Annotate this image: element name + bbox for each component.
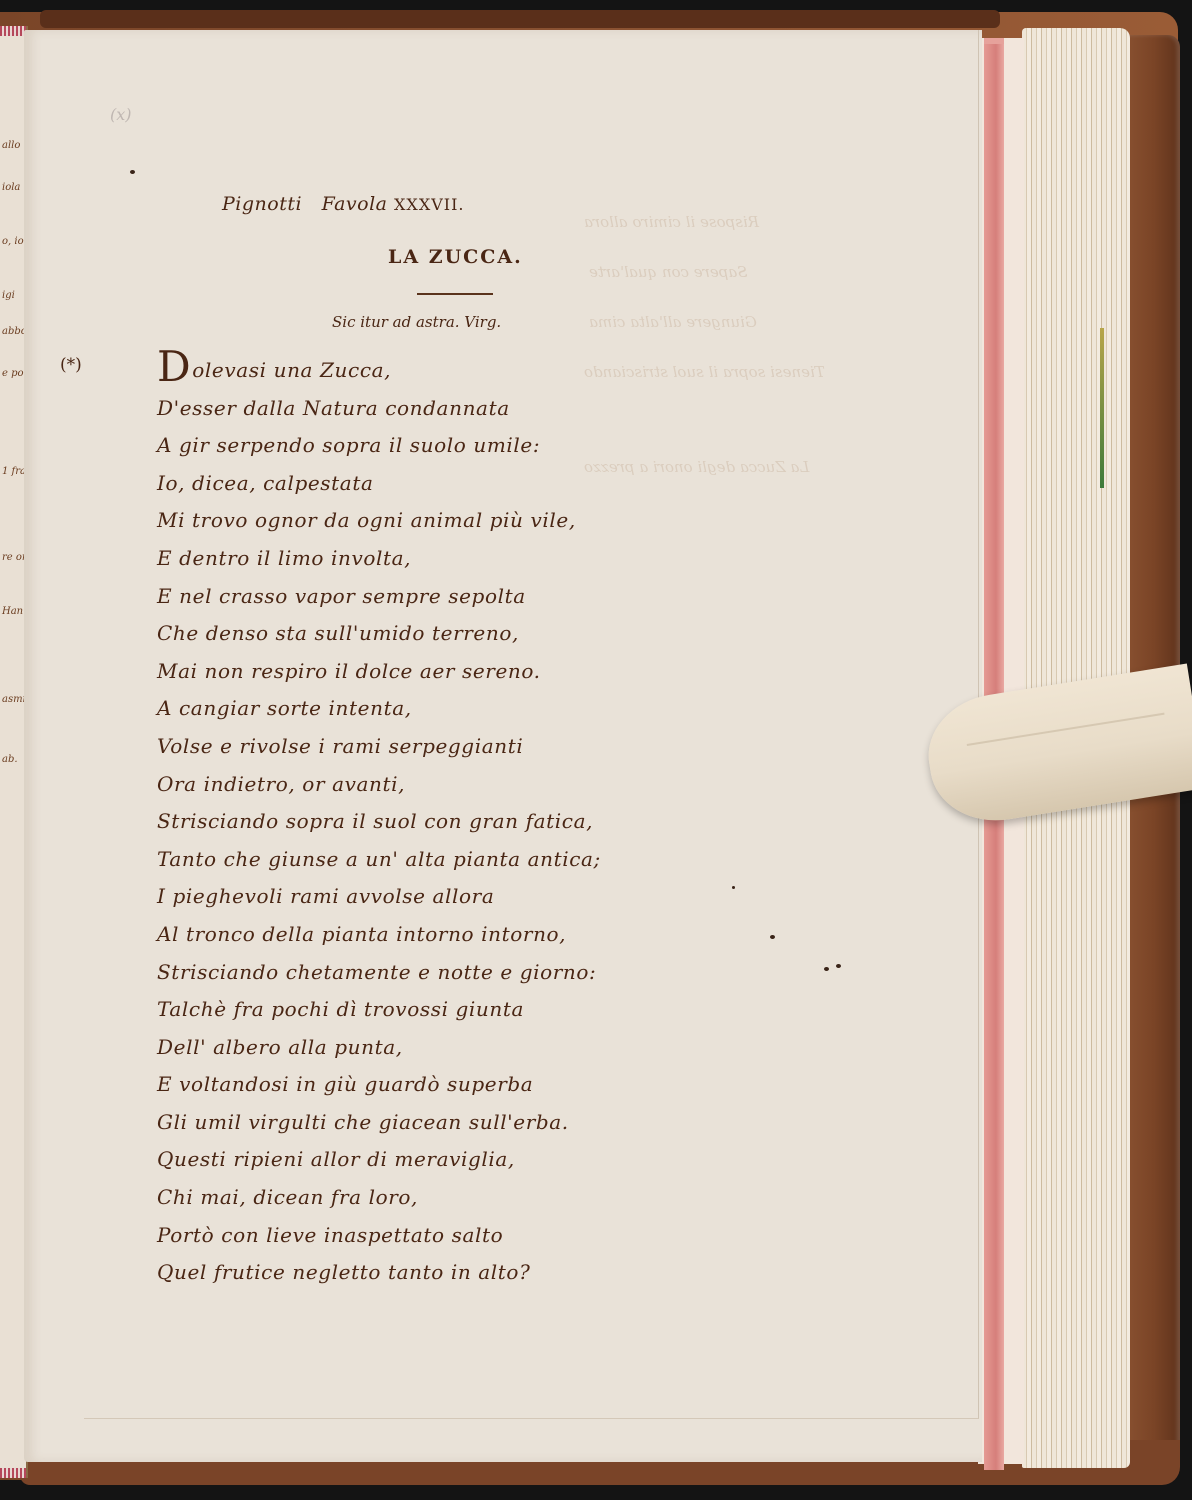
poem-line: I pieghevoli rami avvolse allora	[157, 878, 601, 916]
ink-spot	[130, 170, 135, 174]
poem-line: E dentro il limo involta,	[157, 540, 601, 578]
ribbon-marker	[1100, 328, 1104, 488]
facing-page-word: iola	[2, 182, 20, 193]
facing-page-word: asmi	[2, 694, 26, 705]
footnote-marker: (*)	[60, 355, 82, 375]
poem-line: Gli umil virgulti che giacean sull'erba.	[157, 1104, 601, 1142]
ink-spot	[836, 964, 841, 968]
poem-line: Mai non respiro il dolce aer sereno.	[157, 653, 601, 691]
fable-header: Pignotti Favola XXXVII.	[222, 193, 464, 215]
poem-line: E voltandosi in giù guardò superba	[157, 1066, 601, 1104]
poem-line: Strisciando sopra il suol con gran fatic…	[157, 803, 601, 841]
poem-line: Che denso sta sull'umido terreno,	[157, 615, 601, 653]
show-through-text: Sapere con qual'arte	[589, 263, 748, 281]
ink-spot	[770, 935, 775, 939]
poem-line: Questi ripieni allor di meraviglia,	[157, 1141, 601, 1179]
series-label: Favola	[322, 193, 388, 215]
poem-line: Dolevasi una Zucca,	[157, 352, 601, 390]
facing-page-word: ab.	[2, 754, 18, 765]
poem-body: Dolevasi una Zucca, D'esser dalla Natura…	[157, 352, 601, 1292]
ink-spot	[732, 886, 735, 889]
cover-top-edge	[40, 10, 1000, 28]
facing-page-word: igi	[2, 290, 15, 301]
show-through-text: Rispose il cimiro allora	[584, 213, 759, 231]
book-photograph: allo iola o, ion igi abbo e pon 1 fra re…	[0, 0, 1192, 1500]
headband-bottom	[0, 1468, 28, 1478]
poem-line: Volse e rivolse i rami serpeggianti	[157, 728, 601, 766]
show-through-text: Giungere all'alta cima	[589, 313, 757, 331]
epigraph: Sic itur ad astra. Virg.	[332, 313, 501, 331]
ink-spot	[824, 967, 829, 971]
poem-line: Mi trovo ognor da ogni animal più vile,	[157, 502, 601, 540]
pencil-mark: (x)	[110, 105, 132, 124]
poem-line: Quel frutice negletto tanto in alto?	[157, 1254, 601, 1292]
poem-line: Io, dicea, calpestata	[157, 465, 601, 503]
drop-cap: D	[157, 352, 191, 382]
poem-line: D'esser dalla Natura condannata	[157, 390, 601, 428]
poem-line: A gir serpendo sopra il suolo umile:	[157, 427, 601, 465]
poem-line-text: olevasi una Zucca,	[192, 358, 391, 382]
poem-line: Ora indietro, or avanti,	[157, 766, 601, 804]
title-underline	[417, 293, 493, 295]
show-through-text: Tienesi sopra il suol strisciando	[584, 363, 825, 381]
poem-line: Chi mai, dicean fra loro,	[157, 1179, 601, 1217]
poem-line: Portò con lieve inaspettato salto	[157, 1217, 601, 1255]
show-through-text: La Zucca degli onori a prezzo	[584, 458, 809, 476]
poem-line: Al tronco della pianta intorno intorno,	[157, 916, 601, 954]
poem-title: LA ZUCCA.	[388, 246, 523, 268]
poem-line: A cangiar sorte intenta,	[157, 690, 601, 728]
facing-page-word: 1 fra	[2, 466, 26, 477]
poem-line: Talchè fra pochi dì trovossi giunta	[157, 991, 601, 1029]
poem-line: Tanto che giunse a un' alta pianta antic…	[157, 841, 601, 879]
facing-page-word: allo	[2, 140, 20, 151]
facing-page-word: Han.	[2, 606, 26, 617]
poem-line: E nel crasso vapor sempre sepolta	[157, 578, 601, 616]
facing-page-word: re or	[2, 552, 27, 563]
fable-number: XXXVII.	[394, 195, 464, 214]
author-label: Pignotti	[222, 193, 302, 215]
poem-line: Dell' albero alla punta,	[157, 1029, 601, 1067]
poem-line: Strisciando chetamente e notte e giorno:	[157, 954, 601, 992]
